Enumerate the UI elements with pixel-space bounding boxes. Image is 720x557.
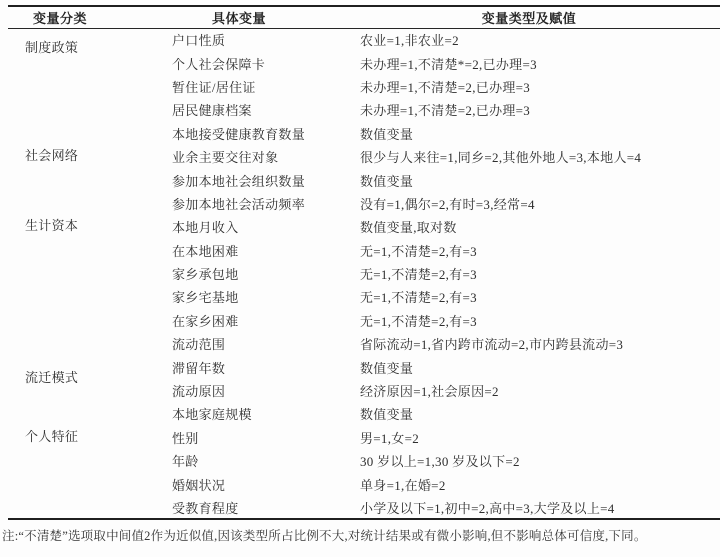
variable-cell: 本地月收入	[172, 215, 360, 238]
header-variable: 具体变量	[172, 6, 360, 28]
variable-cell: 本地接受健康教育数量	[172, 122, 360, 145]
value-cell: 小学及以下=1,初中=2,高中=3,大学及以上=4	[360, 496, 720, 519]
variable-cell: 在本地困难	[172, 239, 360, 262]
table-row: 生计资本 本地月收入 数值变量,取对数	[8, 215, 720, 238]
value-cell: 男=1,女=2	[360, 426, 720, 449]
variable-cell: 流动范围	[172, 332, 360, 355]
value-cell: 单身=1,在婚=2	[360, 472, 720, 495]
variable-cell: 户口性质	[172, 28, 360, 51]
variable-cell: 流动原因	[172, 379, 360, 402]
value-cell: 数值变量	[360, 168, 720, 191]
category-label: 社会网络	[25, 122, 172, 163]
value-cell: 无=1,不清楚=2,有=3	[360, 285, 720, 308]
header-row: 变量分类 具体变量 变量类型及赋值	[8, 6, 720, 28]
variable-cell: 暂住证/居住证	[172, 75, 360, 98]
variable-cell: 本地家庭规模	[172, 402, 360, 425]
category-cell: 社会网络	[8, 122, 172, 216]
value-cell: 省际流动=1,省内跨市流动=2,市内跨县流动=3	[360, 332, 720, 355]
variables-table: 变量分类 具体变量 变量类型及赋值 制度政策 户口性质 农业=1,非农业=2 个…	[8, 5, 720, 520]
category-cell: 个人特征	[8, 426, 172, 520]
value-cell: 无=1,不清楚=2,有=3	[360, 239, 720, 262]
value-cell: 30 岁以上=1,30 岁及以下=2	[360, 449, 720, 472]
variable-cell: 受教育程度	[172, 496, 360, 519]
table-body: 制度政策 户口性质 农业=1,非农业=2 个人社会保障卡 未办理=1,不清楚*=…	[8, 28, 720, 519]
variable-cell: 在家乡困难	[172, 309, 360, 332]
table-row: 个人特征 性别 男=1,女=2	[8, 426, 720, 449]
category-cell: 制度政策	[8, 28, 172, 122]
value-cell: 没有=1,偶尔=2,有时=3,经常=4	[360, 192, 720, 215]
header-value: 变量类型及赋值	[360, 6, 720, 28]
table-row: 制度政策 户口性质 农业=1,非农业=2	[8, 28, 720, 51]
header-category: 变量分类	[8, 6, 172, 28]
variable-cell: 参加本地社会活动频率	[172, 192, 360, 215]
value-cell: 数值变量	[360, 402, 720, 425]
category-label: 生计资本	[25, 215, 172, 233]
category-label: 流迁模式	[25, 332, 172, 385]
value-cell: 数值变量,取对数	[360, 215, 720, 238]
variable-cell: 滞留年数	[172, 355, 360, 378]
value-cell: 数值变量	[360, 122, 720, 145]
variable-cell: 性别	[172, 426, 360, 449]
value-cell: 农业=1,非农业=2	[360, 28, 720, 51]
value-cell: 未办理=1,不清楚=2,已办理=3	[360, 98, 720, 121]
variable-cell: 家乡宅基地	[172, 285, 360, 308]
category-label: 制度政策	[25, 29, 172, 55]
variable-cell: 个人社会保障卡	[172, 51, 360, 74]
variable-cell: 家乡承包地	[172, 262, 360, 285]
variable-cell: 参加本地社会组织数量	[172, 168, 360, 191]
table-row: 社会网络 本地接受健康教育数量 数值变量	[8, 122, 720, 145]
variable-cell: 年龄	[172, 449, 360, 472]
table-footnote: 注:“不清楚”选项取中间值2作为近似值,因该类型所占比例不大,对统计结果或有微小…	[2, 528, 716, 544]
value-cell: 经济原因=1,社会原因=2	[360, 379, 720, 402]
value-cell: 未办理=1,不清楚=2,已办理=3	[360, 75, 720, 98]
value-cell: 数值变量	[360, 355, 720, 378]
value-cell: 无=1,不清楚=2,有=3	[360, 262, 720, 285]
table-row: 流迁模式 流动范围 省际流动=1,省内跨市流动=2,市内跨县流动=3	[8, 332, 720, 355]
category-cell: 生计资本	[8, 215, 172, 332]
value-cell: 很少与人来往=1,同乡=2,其他外地人=3,本地人=4	[360, 145, 720, 168]
value-cell: 未办理=1,不清楚*=2,已办理=3	[360, 51, 720, 74]
category-label: 个人特征	[25, 426, 172, 444]
variable-cell: 业余主要交往对象	[172, 145, 360, 168]
category-cell: 流迁模式	[8, 332, 172, 426]
page: 变量分类 具体变量 变量类型及赋值 制度政策 户口性质 农业=1,非农业=2 个…	[0, 0, 720, 557]
table-header: 变量分类 具体变量 变量类型及赋值	[8, 6, 720, 28]
variable-cell: 居民健康档案	[172, 98, 360, 121]
value-cell: 无=1,不清楚=2,有=3	[360, 309, 720, 332]
variable-cell: 婚姻状况	[172, 472, 360, 495]
